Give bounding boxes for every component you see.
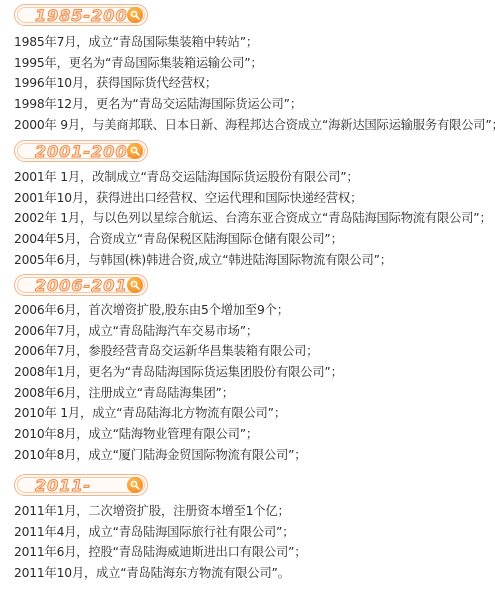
search-icon[interactable] xyxy=(127,477,143,493)
period-label: 2011- xyxy=(35,476,91,496)
timeline-entry: 2011年1月，二次增资扩股，注册资本增至1个亿； xyxy=(14,501,306,522)
timeline-entry: 2005年6月，与韩国(株)韩进合资,成立“韩进陆海国际物流有限公司”； xyxy=(14,250,492,271)
timeline-entry: 2001年 1月，改制成立“青岛交运陆海国际货运股份有限公司”； xyxy=(14,167,492,188)
period-badge[interactable]: 2011- xyxy=(14,474,148,496)
timeline-entry: 2000年 9月，与美商邦联、日本日新、海程邦达合资成立“海新达国际运输服务有限… xyxy=(14,115,495,136)
period-badge[interactable]: 2006-2010 xyxy=(14,274,148,296)
timeline-entry: 1996年10月，获得国际货代经营权； xyxy=(14,73,495,94)
period-label: 2001-2005 xyxy=(35,142,140,162)
entry-list: 2006年6月，首次增资扩股,股东由5个增加至9个； 2006年7月，成立“青岛… xyxy=(14,300,343,466)
timeline-entry: 2011年10月，成立“青岛陆海东方物流有限公司”。 xyxy=(14,563,306,584)
timeline-entry: 2001年10月，获得进出口经营权、空运代理和国际快递经营权； xyxy=(14,188,492,209)
search-icon[interactable] xyxy=(127,277,143,293)
timeline-entry: 2011年6月，控股“青岛陆海威迪斯进出口有限公司”； xyxy=(14,542,306,563)
entry-list: 1985年7月，成立“青岛国际集装箱中转站”； 1995年，更名为“青岛国际集装… xyxy=(14,32,495,135)
timeline-entry: 2010年8月，成立“厦门陆海金贸国际物流有限公司”； xyxy=(14,445,343,466)
timeline-entry: 2004年5月，合资成立“青岛保税区陆海国际仓储有限公司”； xyxy=(14,229,492,250)
timeline-entry: 1998年12月，更名为“青岛交运陆海国际货运公司”； xyxy=(14,94,495,115)
timeline-entry: 2011年4月，成立“青岛陆海国际旅行社有限公司”； xyxy=(14,522,306,543)
timeline-entry: 2006年7月，参股经营青岛交运新华昌集装箱有限公司； xyxy=(14,341,343,362)
entry-list: 2011年1月，二次增资扩股，注册资本增至1个亿； 2011年4月，成立“青岛陆… xyxy=(14,501,306,584)
period-label: 1985-2000 xyxy=(35,6,140,26)
company-history-timeline: 1985-2000 1985年7月，成立“青岛国际集装箱中转站”； 1995年，… xyxy=(0,0,495,609)
timeline-entry: 2010年 1月，成立“青岛陆海北方物流有限公司”； xyxy=(14,403,343,424)
timeline-entry: 1995年，更名为“青岛国际集装箱运输公司”； xyxy=(14,53,495,74)
timeline-entry: 2008年1月，更名为“青岛陆海国际货运集团股份有限公司”； xyxy=(14,362,343,383)
timeline-entry: 2002年 1月，与以色列以星综合航运、台湾东亚合资成立“青岛陆海国际物流有限公… xyxy=(14,208,492,229)
search-icon[interactable] xyxy=(127,7,143,23)
entry-list: 2001年 1月，改制成立“青岛交运陆海国际货运股份有限公司”； 2001年10… xyxy=(14,167,492,270)
timeline-entry: 1985年7月，成立“青岛国际集装箱中转站”； xyxy=(14,32,495,53)
period-label: 2006-2010 xyxy=(35,276,140,296)
search-icon[interactable] xyxy=(127,143,143,159)
period-badge[interactable]: 2001-2005 xyxy=(14,140,148,162)
period-badge[interactable]: 1985-2000 xyxy=(14,4,148,26)
timeline-entry: 2006年6月，首次增资扩股,股东由5个增加至9个； xyxy=(14,300,343,321)
timeline-entry: 2006年7月，成立“青岛陆海汽车交易市场”； xyxy=(14,321,343,342)
timeline-entry: 2008年6月，注册成立“青岛陆海集团”； xyxy=(14,383,343,404)
timeline-entry: 2010年8月，成立“陆海物业管理有限公司”； xyxy=(14,424,343,445)
